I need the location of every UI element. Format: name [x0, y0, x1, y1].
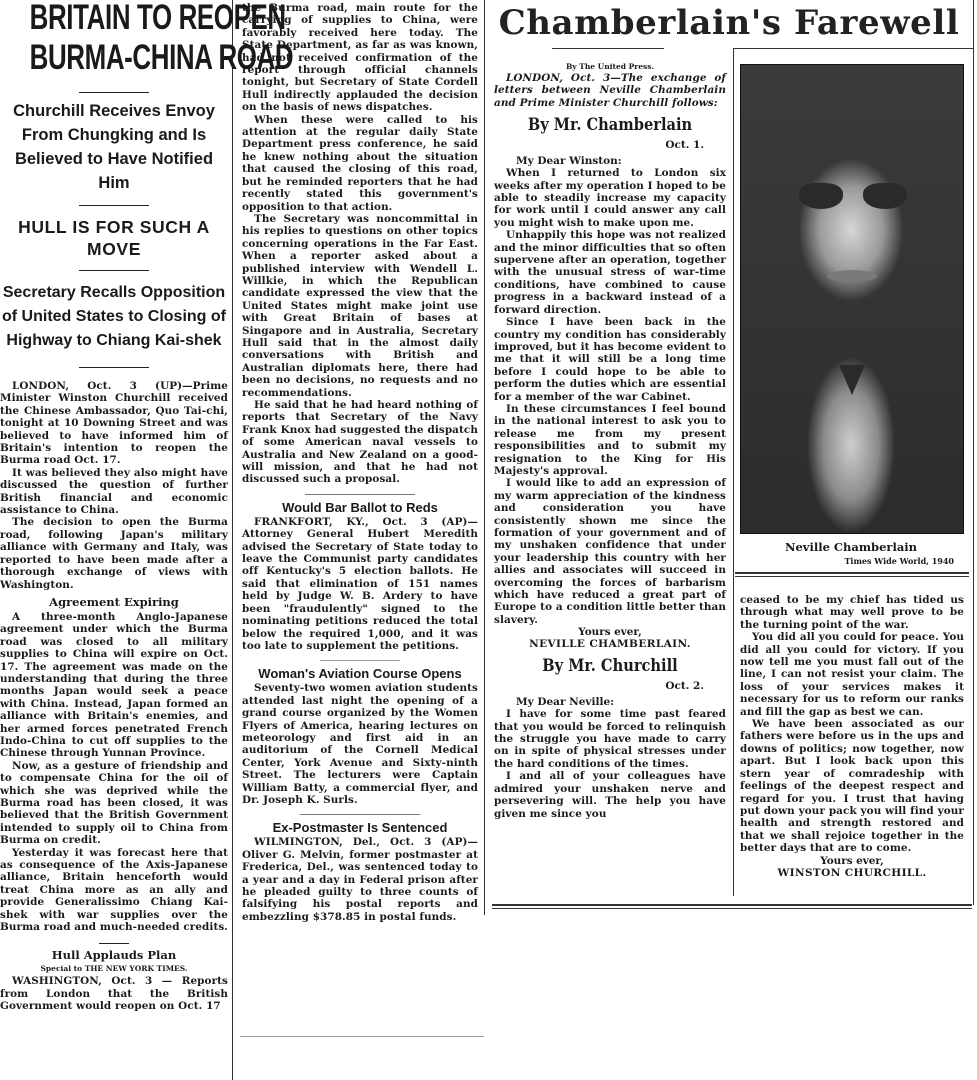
letter-heading-churchill: By Mr. Churchill [510, 656, 710, 676]
letter-date: Oct. 2. [494, 680, 704, 692]
divider [305, 494, 415, 495]
paragraph: He said that he had heard nothing of rep… [242, 399, 478, 486]
divider [79, 205, 149, 206]
paragraph: Unhappily this hope was not realized and… [494, 229, 726, 316]
portrait-eye [863, 183, 907, 209]
farewell-title: Chamberlain's Farewell [494, 2, 964, 44]
title-rule [733, 48, 973, 49]
brief-headline: Ex-Postmaster Is Sentenced [242, 820, 478, 835]
brief-text: Seventy-two women aviation students atte… [242, 682, 478, 806]
divider [99, 943, 129, 944]
deck-2: HULL IS FOR SUCH A MOVE [0, 216, 228, 260]
wire-credit: Special to THE NEW YORK TIMES. [0, 964, 228, 973]
portrait-eye [799, 183, 843, 209]
farewell-bottom-rule [492, 908, 972, 909]
brief-aviation: Woman's Aviation Course Opens Seventy-tw… [242, 666, 478, 806]
burma-road-article: BRITAIN TO REOPEN BURMA-CHINA ROAD Churc… [0, 0, 228, 1013]
photo-credit: Times Wide World, 1940 [740, 556, 954, 566]
salutation: My Dear Winston: [516, 155, 726, 167]
photo-caption: Neville Chamberlain [740, 540, 962, 554]
brief-separator [240, 1036, 484, 1037]
paragraph: I would like to add an expression of my … [494, 477, 726, 626]
photo-caption-rule [735, 572, 969, 574]
title-underline [552, 48, 664, 49]
paragraph: Now, as a gesture of friendship and to c… [0, 760, 228, 847]
closing: Yours ever, [494, 626, 726, 638]
divider [79, 367, 149, 368]
paragraph: I and all of your colleagues have admire… [494, 770, 726, 820]
paragraph: You did all you could for peace. You did… [740, 631, 964, 718]
letter-date: Oct. 1. [494, 139, 704, 151]
paragraph: ceased to be my chief has tided us throu… [740, 594, 964, 631]
column-divider [484, 0, 485, 915]
headline-line-1: BRITAIN TO REOPEN [30, 0, 199, 38]
closing: Yours ever, [740, 855, 964, 867]
paragraph: Yesterday it was forecast here that as c… [0, 847, 228, 934]
divider [79, 92, 149, 93]
churchill-letter-continuation: ceased to be my chief has tided us throu… [740, 594, 964, 879]
paragraph: The decision to open the Burma road, fol… [0, 516, 228, 590]
brief-headline: Would Bar Ballot to Reds [242, 500, 478, 515]
farewell-bottom-rule [492, 904, 972, 906]
divider [300, 814, 420, 815]
divider [79, 270, 149, 271]
subhead: Agreement Expiring [0, 595, 228, 609]
subhead: Hull Applauds Plan [0, 948, 228, 962]
portrait-tie [839, 365, 865, 395]
photo-caption-rule [735, 576, 969, 577]
chamberlain-portrait-photo [740, 64, 964, 534]
paragraph: LONDON, Oct. 3 (UP)—Prime Minister Winst… [0, 380, 228, 467]
farewell-letters: By The United Press. LONDON, Oct. 3—The … [494, 62, 726, 820]
signature: WINSTON CHURCHILL. [740, 867, 964, 879]
brief-ballot: Would Bar Ballot to Reds FRANKFORT, KY.,… [242, 500, 478, 652]
column-divider [733, 48, 734, 896]
paragraph: Since I have been back in the country my… [494, 316, 726, 403]
salutation: My Dear Neville: [516, 696, 726, 708]
headline-line-2: BURMA-CHINA ROAD [30, 38, 199, 78]
portrait-mouth [827, 270, 877, 282]
paragraph: WASHINGTON, Oct. 3 — Reports from London… [0, 975, 228, 1012]
paragraph: When I returned to London six weeks afte… [494, 167, 726, 229]
paragraph: It was believed they also might have dis… [0, 467, 228, 517]
paragraph: When these were called to his attention … [242, 114, 478, 213]
paragraph: I have for some time past feared that yo… [494, 708, 726, 770]
deck-3: Secretary Recalls Opposition of United S… [0, 281, 228, 353]
lede: LONDON, Oct. 3—The exchange of letters b… [494, 72, 726, 109]
paragraph: We have been associated as our fathers w… [740, 718, 964, 854]
column-divider [232, 0, 233, 1080]
divider [320, 660, 400, 661]
brief-text: FRANKFORT, KY., Oct. 3 (AP)—Attorney Gen… [242, 516, 478, 652]
paragraph: the Burma road, main route for the carry… [242, 2, 478, 114]
brief-text: WILMINGTON, Del., Oct. 3 (AP)—Oliver G. … [242, 836, 478, 923]
column-divider [973, 0, 974, 905]
paragraph: In these circumstances I feel bound in t… [494, 403, 726, 477]
signature: NEVILLE CHAMBERLAIN. [494, 638, 726, 650]
burma-road-continuation: the Burma road, main route for the carry… [242, 2, 478, 923]
byline: By The United Press. [494, 62, 726, 71]
brief-headline: Woman's Aviation Course Opens [242, 666, 478, 681]
brief-postmaster: Ex-Postmaster Is Sentenced WILMINGTON, D… [242, 820, 478, 923]
paragraph: The Secretary was noncommittal in his re… [242, 213, 478, 399]
deck-1: Churchill Receives Envoy From Chungking … [0, 99, 228, 195]
letter-heading-chamberlain: By Mr. Chamberlain [510, 115, 710, 135]
paragraph: A three-month Anglo-Japanese agreement u… [0, 611, 228, 760]
